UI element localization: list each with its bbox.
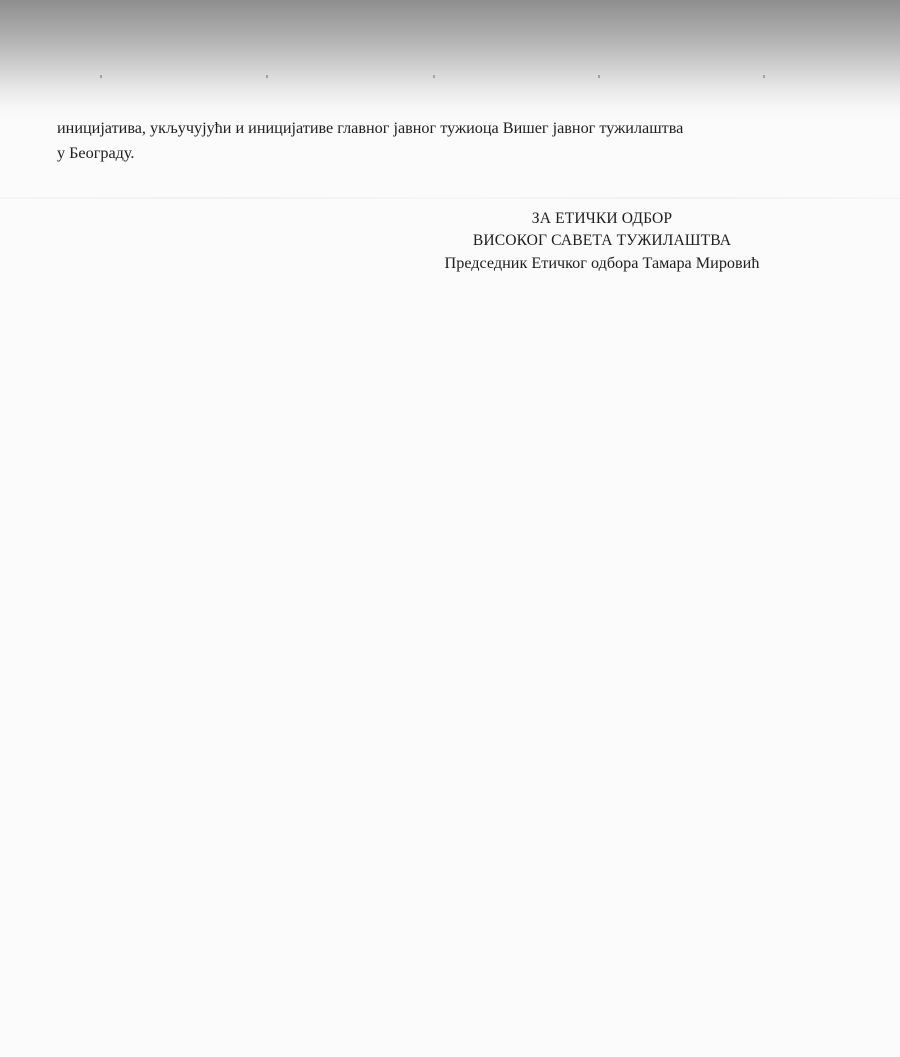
scan-dot-mark — [598, 75, 600, 78]
scan-smudge-line — [0, 197, 900, 199]
scan-dot-mark — [100, 75, 102, 78]
scan-dot-mark — [433, 75, 435, 78]
body-line-2: у Београду. — [57, 141, 817, 166]
document-body-text: иницијатива, укључујући и иницијативе гл… — [57, 116, 817, 166]
scan-top-shadow — [0, 0, 900, 120]
body-line-1: иницијатива, укључујући и иницијативе гл… — [57, 116, 817, 141]
signature-block: ЗА ЕТИЧКИ ОДБОР ВИСОКОГ САВЕТА ТУЖИЛАШТВ… — [402, 208, 802, 274]
signature-committee-line: ЗА ЕТИЧКИ ОДБОР — [402, 208, 802, 230]
signature-council-line: ВИСОКОГ САВЕТА ТУЖИЛАШТВА — [402, 230, 802, 252]
scan-dot-mark — [266, 75, 268, 78]
signature-president-line: Председник Етичког одбора Тамара Мировић — [402, 252, 802, 274]
document-page: иницијатива, укључујући и иницијативе гл… — [0, 0, 900, 1057]
scan-dot-mark — [763, 75, 765, 78]
